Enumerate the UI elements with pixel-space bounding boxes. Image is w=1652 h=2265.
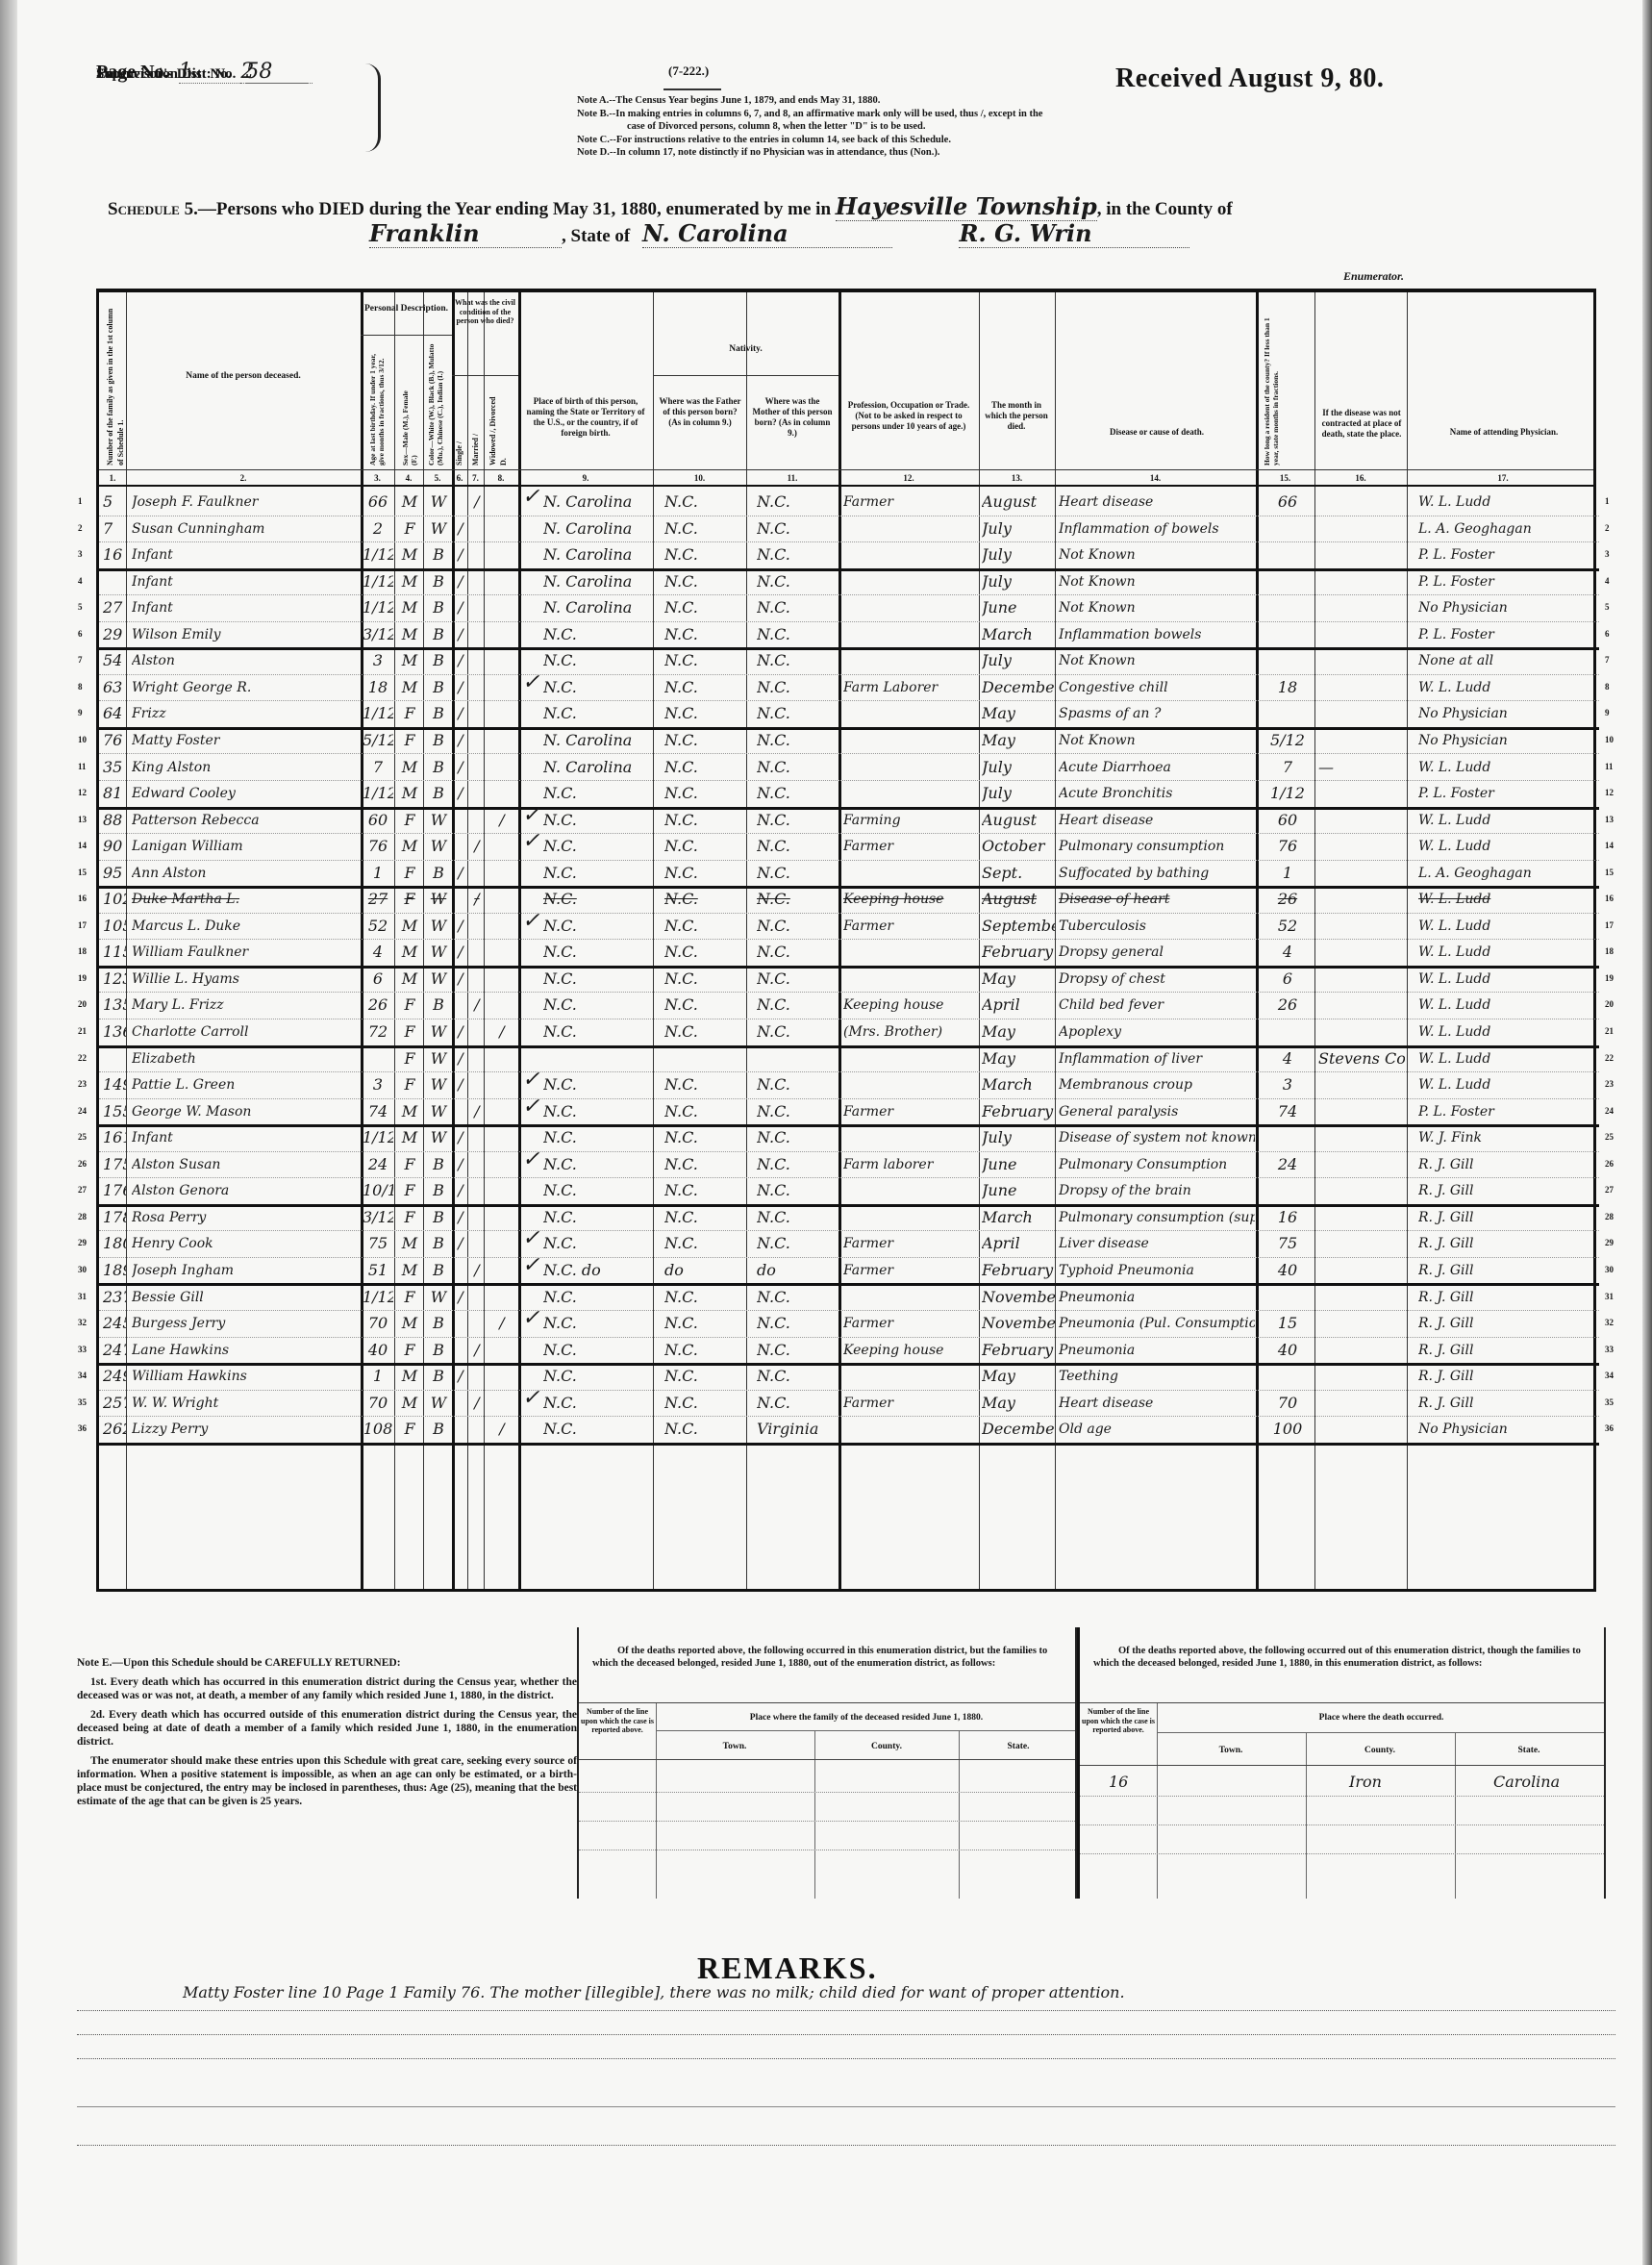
physician-cell: R. J. Gill <box>1418 1232 1597 1255</box>
age-cell: 40 <box>363 1339 393 1362</box>
name-cell: George W. Mason <box>132 1100 359 1123</box>
resident-cell: 3 <box>1263 1073 1313 1096</box>
month-cell: July <box>982 570 1055 593</box>
entry-line <box>1080 1825 1604 1825</box>
name-cell: Joseph F. Faulkner <box>132 491 359 514</box>
family-number-cell: 54 <box>103 649 126 672</box>
sex-cell: F <box>397 1179 422 1202</box>
line-number-right: 32 <box>1605 1318 1614 1327</box>
widowed-cell: / <box>488 1312 516 1335</box>
age-cell: 1 <box>363 862 393 885</box>
out-district-table: Number of the line upon which the case i… <box>1080 1702 1604 1899</box>
col-number: 15. <box>1256 473 1314 483</box>
name-cell: Bessie Gill <box>132 1286 359 1309</box>
age-cell: 2 <box>363 517 393 541</box>
occupation-cell: Farmer <box>843 1392 978 1415</box>
mother-birthplace-cell: N.C. <box>757 968 838 991</box>
family-number-cell: 29 <box>103 623 126 646</box>
name-cell: Marcus L. Duke <box>132 915 359 938</box>
form-number: (7-222.) <box>668 63 709 79</box>
state-label: , State of <box>562 226 630 246</box>
single-cell: / <box>454 543 467 566</box>
line-number-right: 26 <box>1605 1159 1614 1169</box>
in-col-county: County. <box>816 1742 957 1752</box>
line-number-left: 9 <box>78 708 83 717</box>
line-number-right: 23 <box>1605 1079 1614 1089</box>
line-number-right: 7 <box>1605 655 1610 665</box>
mother-birthplace-cell: N.C. <box>757 570 838 593</box>
color-cell: B <box>426 1259 451 1282</box>
color-cell: B <box>426 1312 451 1335</box>
sex-cell: M <box>397 1100 422 1123</box>
month-cell: December <box>982 1418 1055 1441</box>
mother-birthplace-cell: Virginia <box>757 1418 838 1441</box>
family-number-cell: 35 <box>103 756 126 779</box>
physician-cell: R. J. Gill <box>1418 1179 1597 1202</box>
occupation-cell <box>843 782 978 805</box>
month-cell: April <box>982 1232 1055 1255</box>
mother-birthplace-cell: N.C. <box>757 1073 838 1096</box>
age-cell: 1/12 <box>363 543 393 566</box>
name-cell: Wilson Emily <box>132 623 359 646</box>
note-b: Note B.--In making entries in columns 6,… <box>577 108 1135 121</box>
single-cell <box>454 1100 467 1123</box>
age-cell: 18 <box>363 676 393 699</box>
resident-cell: 74 <box>1263 1100 1313 1123</box>
occupation-cell <box>843 756 978 779</box>
col-number: 5. <box>423 473 452 483</box>
month-cell: May <box>982 729 1055 752</box>
disease-place-cell <box>1318 1206 1405 1229</box>
line-number-right: 10 <box>1605 735 1614 744</box>
line-number-right: 13 <box>1605 815 1614 824</box>
father-birthplace-cell: N.C. <box>664 915 745 938</box>
birthplace-cell: N. Carolina <box>543 570 651 593</box>
birthplace-cell: N.C. <box>543 1418 651 1441</box>
married-cell <box>470 915 484 938</box>
age-cell: 3/12 <box>363 623 393 646</box>
table-row: 3030✓189Joseph Ingham51MB/N.C. dododoFar… <box>99 1257 1599 1283</box>
name-cell: Frizz <box>132 702 359 725</box>
family-number-cell: 257 <box>103 1392 126 1415</box>
sex-cell: M <box>397 915 422 938</box>
occupation-cell <box>843 862 978 885</box>
header-mother-birthplace: Where was the Mother of this person born… <box>750 396 835 439</box>
married-cell: / <box>470 1392 484 1415</box>
line-number-left: 32 <box>78 1318 87 1327</box>
single-cell <box>454 888 467 911</box>
married-cell <box>470 649 484 672</box>
line-number-left: 25 <box>78 1132 87 1142</box>
line-number-right: 30 <box>1605 1265 1614 1274</box>
color-cell: B <box>426 543 451 566</box>
line-number-right: 31 <box>1605 1292 1614 1301</box>
age-cell: 72 <box>363 1020 393 1044</box>
age-cell: 1/12 <box>363 782 393 805</box>
birthplace-cell: N.C. <box>543 1073 651 1096</box>
resident-cell: 18 <box>1263 676 1313 699</box>
line-number-left: 31 <box>78 1292 87 1301</box>
widowed-cell <box>488 1073 516 1096</box>
table-row: 151595Ann Alston1FB/N.C.N.C.N.C.Sept.Suf… <box>99 860 1599 886</box>
birthplace-cell: N.C. <box>543 1020 651 1044</box>
name-cell: Joseph Ingham <box>132 1259 359 1282</box>
father-birthplace-cell: N.C. <box>664 1286 745 1309</box>
color-cell: B <box>426 1365 451 1388</box>
subheader-line <box>656 1730 1075 1731</box>
disease-place-cell <box>1318 1312 1405 1335</box>
disease-place-cell <box>1318 729 1405 752</box>
col-number: 1. <box>99 473 126 483</box>
col-divider <box>814 1730 815 1899</box>
married-cell: / <box>470 888 484 911</box>
line-number-left: 22 <box>78 1053 87 1063</box>
mother-birthplace-cell: N.C. <box>757 1365 838 1388</box>
sex-cell: M <box>397 596 422 619</box>
mother-birthplace-cell: N.C. <box>757 1392 838 1415</box>
name-cell: Mary L. Frizz <box>132 994 359 1017</box>
widowed-cell <box>488 915 516 938</box>
name-cell: Lanigan William <box>132 835 359 858</box>
table-row: 88✓63Wright George R.18MB/N.C.N.C.N.C.Fa… <box>99 674 1599 700</box>
single-cell <box>454 835 467 858</box>
age-cell: 70 <box>363 1312 393 1335</box>
disease-place-cell <box>1318 1020 1405 1044</box>
table-row: 3636262Lizzy Perry108FB/N.C.N.C.Virginia… <box>99 1416 1599 1442</box>
table-row: 11✓5Joseph F. Faulkner66MW/N. CarolinaN.… <box>99 489 1599 515</box>
header-bottom-line <box>579 1759 1075 1760</box>
cause-cell: Congestive chill <box>1059 676 1255 699</box>
cause-cell: Inflammation bowels <box>1059 623 1255 646</box>
line-number-right: 19 <box>1605 973 1614 983</box>
color-cell: W <box>426 1126 451 1149</box>
age-cell: 74 <box>363 1100 393 1123</box>
check-mark-icon: ✓ <box>522 1095 539 1119</box>
occupation-cell <box>843 1206 978 1229</box>
father-birthplace-cell: N.C. <box>664 941 745 964</box>
mother-birthplace-cell: N.C. <box>757 1312 838 1335</box>
physician-cell: No Physician <box>1418 596 1597 619</box>
widowed-cell <box>488 1259 516 1282</box>
color-cell: W <box>426 1020 451 1044</box>
single-cell <box>454 1418 467 1441</box>
remarks-line <box>77 2034 1615 2035</box>
cause-cell: Pulmonary Consumption <box>1059 1153 1255 1176</box>
cause-cell: Dropsy of chest <box>1059 968 1255 991</box>
header-widowed: Widowed /, Divorced D. <box>488 389 514 466</box>
resident-cell: 66 <box>1263 491 1313 514</box>
line-number-right: 20 <box>1605 999 1614 1009</box>
occupation-cell: Farmer <box>843 491 978 514</box>
age-cell: 75 <box>363 1232 393 1255</box>
married-cell <box>470 1232 484 1255</box>
resident-cell <box>1263 517 1313 541</box>
header-married: Married / <box>470 417 482 466</box>
physician-cell: W. L. Ludd <box>1418 1073 1597 1096</box>
father-birthplace-cell: N.C. <box>664 570 745 593</box>
mother-birthplace-cell: N.C. <box>757 994 838 1017</box>
sex-cell: F <box>397 809 422 832</box>
single-cell: / <box>454 941 467 964</box>
single-cell: / <box>454 1179 467 1202</box>
color-cell: B <box>426 623 451 646</box>
line-number-right: 3 <box>1605 549 1610 559</box>
age-cell: 1/12 <box>363 596 393 619</box>
color-cell: W <box>426 1047 451 1070</box>
note-e-first: 1st. Every death which has occurred in t… <box>77 1675 577 1702</box>
remarks-title: REMARKS. <box>697 1950 878 1986</box>
father-birthplace-cell: do <box>664 1259 745 1282</box>
cause-cell: Tuberculosis <box>1059 915 1255 938</box>
brace-decoration <box>365 63 381 152</box>
disease-place-cell <box>1318 1179 1405 1202</box>
line-number-left: 23 <box>78 1079 87 1089</box>
month-cell: May <box>982 1392 1055 1415</box>
resident-cell: 100 <box>1263 1418 1313 1441</box>
table-row: 1414✓90Lanigan William76MW/N.C.N.C.N.C.F… <box>99 833 1599 859</box>
disease-place-cell <box>1318 702 1405 725</box>
physician-cell: R. J. Gill <box>1418 1259 1597 1282</box>
mother-birthplace-cell: N.C. <box>757 729 838 752</box>
birthplace-cell: N.C. <box>543 941 651 964</box>
line-number-left: 34 <box>78 1371 87 1380</box>
month-cell: December <box>982 676 1055 699</box>
single-cell: / <box>454 1126 467 1149</box>
resident-cell: 24 <box>1263 1153 1313 1176</box>
line-number-right: 5 <box>1605 602 1610 612</box>
disease-place-cell <box>1318 782 1405 805</box>
father-birthplace-cell: N.C. <box>664 702 745 725</box>
table-row: 1717✓105Marcus L. Duke52MW/N.C.N.C.N.C.F… <box>99 913 1599 939</box>
physician-cell: W. L. Ludd <box>1418 491 1597 514</box>
family-number-cell: 63 <box>103 676 126 699</box>
schedule-text: —Persons who DIED during the Year ending… <box>198 199 831 219</box>
father-birthplace-cell: N.C. <box>664 994 745 1017</box>
birthplace-cell: N. Carolina <box>543 491 651 514</box>
sex-cell: F <box>397 729 422 752</box>
col-number: 3. <box>361 473 394 483</box>
father-birthplace-cell: N.C. <box>664 1153 745 1176</box>
line-number-left: 3 <box>78 549 83 559</box>
family-number-cell: 7 <box>103 517 126 541</box>
enumerator-label: Enumerator. <box>1343 269 1404 284</box>
sex-cell: M <box>397 1259 422 1282</box>
single-cell <box>454 1392 467 1415</box>
widowed-cell <box>488 649 516 672</box>
married-cell <box>470 517 484 541</box>
married-cell <box>470 809 484 832</box>
header-name: Name of the person deceased. <box>138 371 349 382</box>
check-mark-icon: ✓ <box>522 1147 539 1171</box>
line-number-left: 1 <box>78 496 83 506</box>
mother-birthplace-cell <box>757 1047 838 1070</box>
col-number: 2. <box>126 473 361 483</box>
single-cell <box>454 491 467 514</box>
name-cell: W. W. Wright <box>132 1392 359 1415</box>
widowed-cell <box>488 1232 516 1255</box>
line-number-left: 30 <box>78 1265 87 1274</box>
disease-place-cell <box>1318 1153 1405 1176</box>
birthplace-cell <box>543 1047 651 1070</box>
widowed-cell <box>488 1153 516 1176</box>
name-cell: Wright George R. <box>132 676 359 699</box>
month-cell: February <box>982 941 1055 964</box>
father-birthplace-cell: N.C. <box>664 1020 745 1044</box>
occupation-cell: Farmer <box>843 835 978 858</box>
physician-cell: R. J. Gill <box>1418 1153 1597 1176</box>
cause-cell: Membranous croup <box>1059 1073 1255 1096</box>
header-age: Age at last birthday. If under 1 year, g… <box>368 340 389 466</box>
out-col-county: County. <box>1308 1746 1452 1756</box>
family-number-cell: 262 <box>103 1418 126 1441</box>
header-disease-place: If the disease was not contracted at pla… <box>1318 408 1405 440</box>
birthplace-cell: N.C. <box>543 1179 651 1202</box>
header-occupation: Profession, Occupation or Trade. (Not to… <box>843 400 974 432</box>
cause-cell: Suffocated by bathing <box>1059 862 1255 885</box>
deaths-table: Number of the family as given in the 1st… <box>96 289 1596 1592</box>
birthplace-cell: N.C. do <box>543 1259 651 1282</box>
mother-birthplace-cell: N.C. <box>757 596 838 619</box>
mother-birthplace-cell: N.C. <box>757 1126 838 1149</box>
married-cell <box>470 1126 484 1149</box>
disease-place-cell <box>1318 491 1405 514</box>
color-cell: B <box>426 570 451 593</box>
month-cell: April <box>982 994 1055 1017</box>
widowed-cell <box>488 1100 516 1123</box>
cause-cell: Not Known <box>1059 729 1255 752</box>
month-cell: March <box>982 1206 1055 1229</box>
widowed-cell <box>488 994 516 1017</box>
age-cell <box>363 1047 393 1070</box>
resident-cell <box>1263 623 1313 646</box>
line-number-right: 36 <box>1605 1423 1614 1433</box>
disease-place-cell <box>1318 1392 1405 1415</box>
father-birthplace-cell: N.C. <box>664 1126 745 1149</box>
table-row: 3333247Lane Hawkins40FB/N.C.N.C.N.C.Keep… <box>99 1337 1599 1363</box>
father-birthplace-cell: N.C. <box>664 862 745 885</box>
line-number-left: 24 <box>78 1106 87 1116</box>
disease-place-cell <box>1318 676 1405 699</box>
line-number-right: 29 <box>1605 1238 1614 1247</box>
sex-cell: M <box>397 756 422 779</box>
physician-cell: W. J. Fink <box>1418 1126 1597 1149</box>
name-cell: Rosa Perry <box>132 1206 359 1229</box>
enumeration-value: 58 <box>245 62 313 84</box>
physician-cell: W. L. Ludd <box>1418 676 1597 699</box>
father-birthplace-cell: N.C. <box>664 596 745 619</box>
line-number-right: 2 <box>1605 523 1610 533</box>
married-cell <box>470 1365 484 1388</box>
entry-line <box>579 1792 1075 1793</box>
family-number-cell: 76 <box>103 729 126 752</box>
disease-place-cell <box>1318 809 1405 832</box>
mother-birthplace-cell: N.C. <box>757 915 838 938</box>
resident-cell: 40 <box>1263 1259 1313 1282</box>
remarks-text: Matty Foster line 10 Page 1 Family 76. T… <box>183 1983 1125 2001</box>
widowed-cell <box>488 1126 516 1149</box>
physician-cell: R. J. Gill <box>1418 1339 1597 1362</box>
sex-cell: F <box>397 1153 422 1176</box>
color-cell: B <box>426 729 451 752</box>
age-cell: 1/12 <box>363 1126 393 1149</box>
header-family-number: Number of the family as given in the 1st… <box>105 302 122 466</box>
disease-place-cell <box>1318 1232 1405 1255</box>
cause-cell: Dropsy of the brain <box>1059 1179 1255 1202</box>
month-cell: May <box>982 1020 1055 1044</box>
county-label: , in the County of <box>1097 199 1233 219</box>
single-cell: / <box>454 676 467 699</box>
in-district-table: Number of the line upon which the case i… <box>579 1702 1075 1899</box>
line-number-right: 21 <box>1605 1026 1614 1036</box>
color-cell: B <box>426 1153 451 1176</box>
color-cell: B <box>426 994 451 1017</box>
line-number-left: 10 <box>78 735 87 744</box>
color-cell: B <box>426 1206 451 1229</box>
family-number-cell: 105 <box>103 915 126 938</box>
note-e-title: Note E.—Upon this Schedule should be CAR… <box>77 1656 577 1670</box>
physician-cell: W. L. Ludd <box>1418 835 1597 858</box>
color-cell: B <box>426 756 451 779</box>
remarks-line <box>77 2058 1615 2059</box>
age-cell: 24 <box>363 1153 393 1176</box>
mother-birthplace-cell: N.C. <box>757 649 838 672</box>
disease-place-cell: — <box>1318 756 1405 779</box>
disease-place-cell <box>1318 1073 1405 1096</box>
age-cell: 3 <box>363 1073 393 1096</box>
schedule-prefix: Schedule 5. <box>108 199 198 219</box>
resident-cell <box>1263 1020 1313 1044</box>
family-number-cell: 178 <box>103 1206 126 1229</box>
line-number-right: 11 <box>1605 762 1614 771</box>
month-cell: August <box>982 491 1055 514</box>
entry-line <box>579 1850 1075 1850</box>
father-birthplace-cell: N.C. <box>664 1418 745 1441</box>
resident-cell: 4 <box>1263 941 1313 964</box>
table-row: 101076Matty Foster5/12FB/N. CarolinaN.C.… <box>99 727 1599 753</box>
birthplace-cell: N.C. <box>543 888 651 911</box>
in-district-intro: Of the deaths reported above, the follow… <box>579 1645 1075 1670</box>
cause-cell: Pulmonary consumption (supposed from bir… <box>1059 1206 1255 1229</box>
resident-cell <box>1263 702 1313 725</box>
physician-cell: R. J. Gill <box>1418 1206 1597 1229</box>
note-a: Note A.--The Census Year begins June 1, … <box>577 94 1135 108</box>
single-cell: / <box>454 1020 467 1044</box>
resident-cell <box>1263 570 1313 593</box>
disease-place-cell <box>1318 649 1405 672</box>
disease-place-cell <box>1318 570 1405 593</box>
table-row: 3535✓257W. W. Wright70MW/N.C.N.C.N.C.Far… <box>99 1390 1599 1416</box>
header-resident: How long a resident of the county? If le… <box>1263 312 1309 466</box>
line-number-right: 35 <box>1605 1397 1614 1407</box>
sex-cell: M <box>397 782 422 805</box>
sex-cell: M <box>397 676 422 699</box>
line-number-left: 28 <box>78 1212 87 1221</box>
sex-cell: M <box>397 941 422 964</box>
widowed-cell <box>488 729 516 752</box>
single-cell: / <box>454 1365 467 1388</box>
check-mark-icon: ✓ <box>522 1226 539 1250</box>
color-cell: B <box>426 1418 451 1441</box>
resident-cell: 76 <box>1263 835 1313 858</box>
name-cell: Alston Susan <box>132 1153 359 1176</box>
physician-cell: W. L. Ludd <box>1418 968 1597 991</box>
birthplace-cell: N.C. <box>543 1153 651 1176</box>
mother-birthplace-cell: N.C. <box>757 1339 838 1362</box>
widowed-cell <box>488 570 516 593</box>
color-cell: W <box>426 915 451 938</box>
occupation-cell <box>843 941 978 964</box>
subheader-line <box>1157 1732 1604 1733</box>
